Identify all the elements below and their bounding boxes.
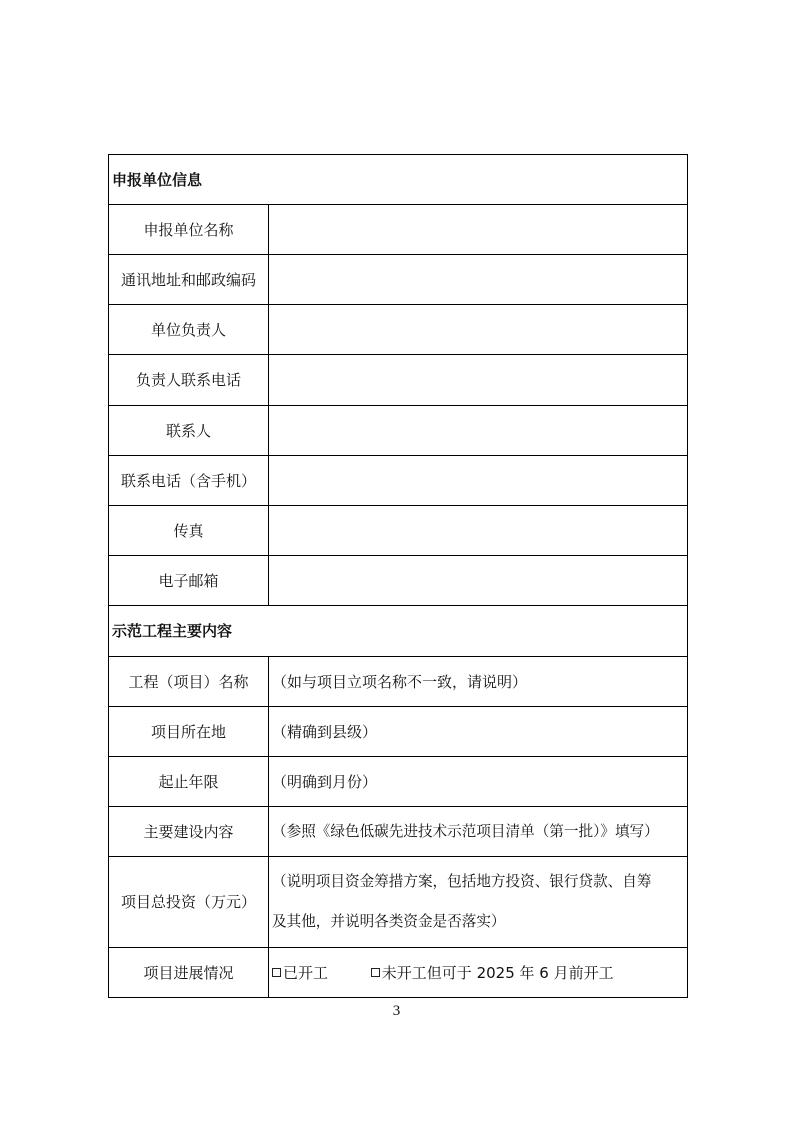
form-row-applicant-name: 申报单位名称 — [109, 205, 688, 255]
form-row-address: 通讯地址和邮政编码 — [109, 255, 688, 305]
total-investment-field[interactable]: （说明项目资金筹措方案，包括地方投资、银行贷款、自筹 及其他，并说明各类资金是否… — [269, 857, 688, 948]
field-label: 通讯地址和邮政编码 — [109, 255, 269, 305]
form-row-email: 电子邮箱 — [109, 556, 688, 606]
checkbox-icon[interactable] — [371, 968, 380, 977]
field-label: 传真 — [109, 506, 269, 556]
section-header-applicant: 申报单位信息 — [109, 155, 688, 205]
fax-field[interactable] — [269, 506, 688, 556]
checkbox-icon[interactable] — [272, 968, 281, 977]
section-title: 示范工程主要内容 — [109, 606, 688, 657]
unit-head-field[interactable] — [269, 305, 688, 355]
option-started[interactable]: 已开工 — [272, 963, 328, 983]
application-form-table: 申报单位信息 申报单位名称 通讯地址和邮政编码 单位负责人 负责人联系电话 联系… — [108, 154, 688, 998]
option-not-started[interactable]: 未开工但可于 2025 年 6 月前开工 — [371, 963, 614, 983]
field-label: 申报单位名称 — [109, 205, 269, 255]
section-header-project: 示范工程主要内容 — [109, 606, 688, 657]
form-row-contact-phone: 联系电话（含手机） — [109, 456, 688, 506]
applicant-name-field[interactable] — [269, 205, 688, 255]
progress-options: 已开工 未开工但可于 2025 年 6 月前开工 — [269, 948, 688, 998]
field-label: 电子邮箱 — [109, 556, 269, 606]
page-number: 3 — [0, 1003, 793, 1020]
construction-content-field[interactable]: （参照《绿色低碳先进技术示范项目清单（第一批）》填写） — [269, 807, 688, 857]
field-label: 起止年限 — [109, 757, 269, 807]
project-location-field[interactable]: （精确到县级） — [269, 707, 688, 757]
contact-person-field[interactable] — [269, 406, 688, 456]
form-row-project-name: 工程（项目）名称 （如与项目立项名称不一致，请说明） — [109, 657, 688, 707]
field-label: 项目总投资（万元） — [109, 857, 269, 948]
form-row-progress: 项目进展情况 已开工 未开工但可于 2025 年 6 月前开工 — [109, 948, 688, 998]
field-label: 联系人 — [109, 406, 269, 456]
contact-phone-field[interactable] — [269, 456, 688, 506]
field-label: 项目所在地 — [109, 707, 269, 757]
email-field[interactable] — [269, 556, 688, 606]
field-label: 工程（项目）名称 — [109, 657, 269, 707]
form-row-fax: 传真 — [109, 506, 688, 556]
head-phone-field[interactable] — [269, 355, 688, 406]
field-label: 负责人联系电话 — [109, 355, 269, 406]
option-label: 未开工但可于 2025 年 6 月前开工 — [382, 964, 614, 982]
form-row-investment: 项目总投资（万元） （说明项目资金筹措方案，包括地方投资、银行贷款、自筹 及其他… — [109, 857, 688, 948]
field-label: 项目进展情况 — [109, 948, 269, 998]
field-label: 主要建设内容 — [109, 807, 269, 857]
form-row-unit-head: 单位负责人 — [109, 305, 688, 355]
form-row-location: 项目所在地 （精确到县级） — [109, 707, 688, 757]
field-label: 单位负责人 — [109, 305, 269, 355]
section-title: 申报单位信息 — [109, 155, 688, 205]
document-page: 申报单位信息 申报单位名称 通讯地址和邮政编码 单位负责人 负责人联系电话 联系… — [0, 0, 793, 1122]
project-name-field[interactable]: （如与项目立项名称不一致，请说明） — [269, 657, 688, 707]
address-postcode-field[interactable] — [269, 255, 688, 305]
form-row-contact: 联系人 — [109, 406, 688, 456]
investment-hint-line-2: 及其他，并说明各类资金是否落实） — [272, 902, 687, 942]
project-period-field[interactable]: （明确到月份） — [269, 757, 688, 807]
field-label: 联系电话（含手机） — [109, 456, 269, 506]
option-label: 已开工 — [283, 964, 328, 982]
form-row-head-phone: 负责人联系电话 — [109, 355, 688, 406]
form-row-construction: 主要建设内容 （参照《绿色低碳先进技术示范项目清单（第一批）》填写） — [109, 807, 688, 857]
investment-hint-line-1: （说明项目资金筹措方案，包括地方投资、银行贷款、自筹 — [272, 862, 687, 902]
form-row-period: 起止年限 （明确到月份） — [109, 757, 688, 807]
